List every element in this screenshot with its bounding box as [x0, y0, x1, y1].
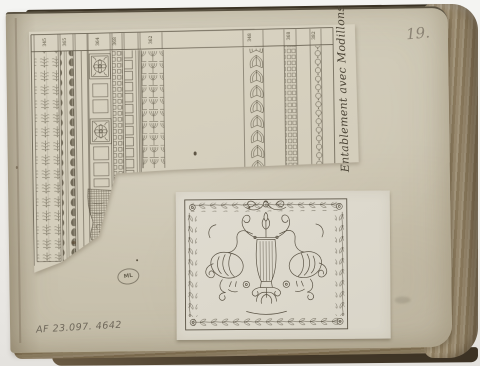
modillion-soffit: [86, 54, 117, 244]
photographed-album-page: 345 365 364 368 362 348 368 382 Entablem…: [0, 0, 480, 366]
inventory-inscription: AF 23.097. 4642: [36, 320, 122, 336]
paper-speck: [248, 207, 250, 209]
swan-left: [205, 231, 252, 301]
garland-border-right: [335, 212, 345, 316]
plate-number: 382: [312, 31, 317, 40]
paper-speck: [72, 241, 76, 244]
pencil-smudge: [395, 296, 411, 303]
band-anthemion-chain: [141, 50, 165, 168]
paper-speck: [136, 259, 138, 261]
plate-number: 345: [43, 38, 48, 47]
garland-border-left: [188, 213, 198, 317]
paper-speck: [16, 166, 18, 169]
plate-number: 364: [96, 37, 101, 46]
paper-speck: [194, 151, 197, 155]
band-bead-chain: [310, 46, 323, 172]
plate-number: 368: [287, 32, 292, 41]
plate-number: 365: [63, 38, 68, 47]
plate-number: 348: [248, 33, 253, 42]
garland-border-bottom: [192, 317, 342, 327]
acanthus-console: [88, 189, 117, 244]
band-waterleaf: [243, 49, 265, 190]
band-small-dentils: [284, 46, 298, 174]
plate-number: 362: [149, 35, 154, 44]
lyre: [242, 212, 290, 303]
plate-number: 368: [113, 37, 118, 46]
ornament-print: [176, 191, 391, 340]
swan-right: [279, 230, 326, 300]
folio-number: 19.: [405, 23, 430, 43]
lyre-swan-ornament: [176, 191, 391, 340]
band-dentil-blocks: [124, 50, 140, 176]
album-page: 345 365 364 368 362 348 368 382 Entablem…: [6, 6, 453, 353]
central-ornament: [205, 200, 327, 314]
